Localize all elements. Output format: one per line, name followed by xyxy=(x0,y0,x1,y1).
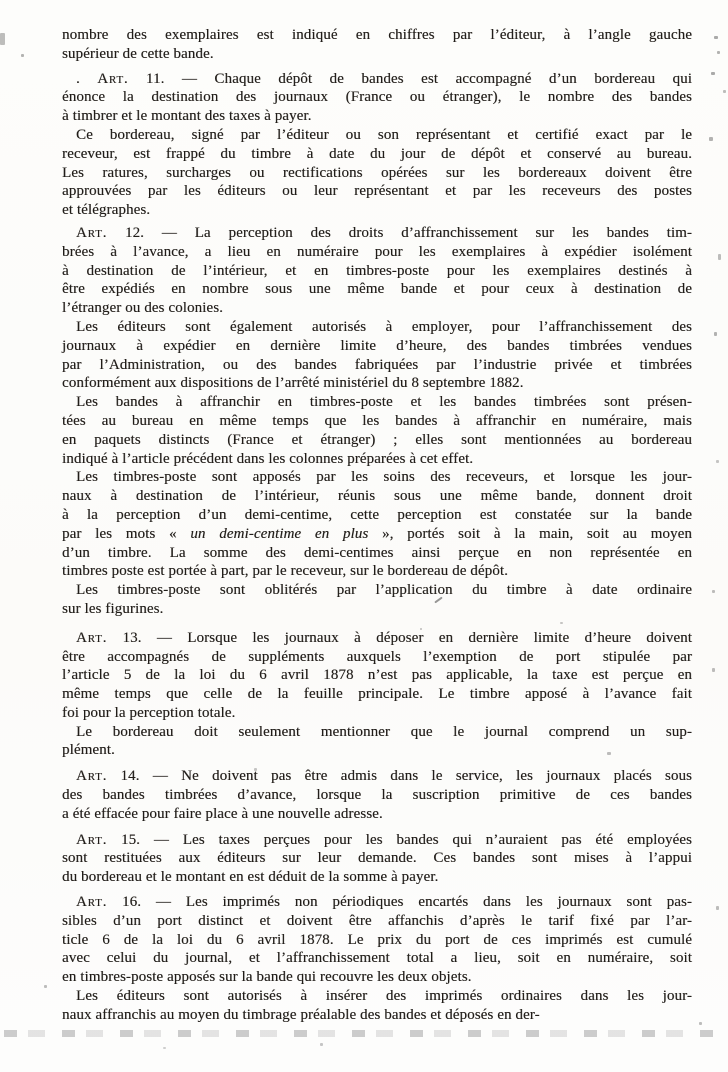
text-line: supérieur de cette bande. xyxy=(62,45,692,64)
article-13: Art. 13. — Lorsque les journaux à dépose… xyxy=(62,629,692,723)
text-line: en timbres-poste apposés sur la bande qu… xyxy=(62,968,692,987)
scan-noise-band xyxy=(4,1030,724,1037)
text-line: Art. 13. — Lorsque les journaux à dépose… xyxy=(62,629,692,648)
article-11-p2: Ce bordereau, signé par l’éditeur ou son… xyxy=(62,126,692,220)
scanned-document-page: nombre des exemplaires est indiqué en ch… xyxy=(0,0,728,1072)
scan-speck xyxy=(44,985,47,988)
text-line: Art. 16. — Les imprimés non périodiques … xyxy=(62,893,692,912)
scan-speck xyxy=(711,72,715,75)
text-line: journaux à expédier en dernière limite d… xyxy=(62,337,692,356)
text-line: . Art. 11. — Chaque dépôt de bandes est … xyxy=(62,70,692,89)
text-line: même temps que celle de la feuille princ… xyxy=(62,685,692,704)
scan-speck xyxy=(714,36,718,39)
article-label: Art. xyxy=(76,832,107,848)
text-line: à timbrer et le montant des taxes à paye… xyxy=(62,107,692,126)
article-14: Art. 14. — Ne doivent pas être admis dan… xyxy=(62,767,692,823)
text-line: naux à destination de l’intérieur, réuni… xyxy=(62,487,692,506)
text-line: Les timbres-poste sont oblitérés par l’a… xyxy=(62,581,692,600)
article-13-p2: Le bordereau doit seulement mentionner q… xyxy=(62,723,692,761)
scan-speck xyxy=(717,51,720,54)
scan-speck xyxy=(21,54,24,57)
text-line: l’étranger ou des colonies. xyxy=(62,299,692,318)
text-line: en paquets distincts (France et étranger… xyxy=(62,431,692,450)
text-line: être expédiés en nombre sous une même ba… xyxy=(62,280,692,299)
text-line: Les timbres-poste sont apposés par les s… xyxy=(62,468,692,487)
scan-speck xyxy=(716,460,719,463)
article-12-p3: Les bandes à affranchir en timbres-poste… xyxy=(62,393,692,468)
text-line: Les bandes à affranchir en timbres-poste… xyxy=(62,393,692,412)
article-label: Art. xyxy=(76,630,107,646)
text-line: timbres poste est portée à part, par le … xyxy=(62,562,692,581)
scan-speck xyxy=(712,590,715,593)
article-label: Art. xyxy=(97,71,128,87)
text-line: receveur, est frappé du timbre à date du… xyxy=(62,145,692,164)
scan-speck xyxy=(0,33,5,45)
text-line: l’article 5 de la loi du 6 avril 1878 n’… xyxy=(62,666,692,685)
scan-speck xyxy=(320,1043,323,1046)
article-11: . Art. 11. — Chaque dépôt de bandes est … xyxy=(62,70,692,126)
text-line: des bandes timbrées d’avance, lorsque la… xyxy=(62,786,692,805)
scan-speck xyxy=(607,752,611,755)
text-line: nombre des exemplaires est indiqué en ch… xyxy=(62,26,692,45)
article-12: Art. 12. — La perception des droits d’af… xyxy=(62,224,692,318)
text-line: Ce bordereau, signé par l’éditeur ou son… xyxy=(62,126,692,145)
text-line: sibles d’un port distinct et doivent êtr… xyxy=(62,912,692,931)
text-line: Art. 15. — Les taxes perçues pour les ba… xyxy=(62,831,692,850)
scan-speck xyxy=(254,768,257,771)
scan-speck xyxy=(718,254,721,260)
italic-phrase: un demi-centime en plus xyxy=(190,526,368,542)
scan-speck xyxy=(714,332,717,336)
article-label: Art. xyxy=(76,225,107,241)
scan-speck xyxy=(709,137,713,141)
text-line: tées au bureau en même temps que les ban… xyxy=(62,412,692,431)
scan-speck xyxy=(560,622,563,624)
text-line: Les éditeurs sont également autorisés à … xyxy=(62,318,692,337)
text-line: du bordereau et le montant en est déduit… xyxy=(62,868,692,887)
text-line: conformément aux dispositions de l’arrêt… xyxy=(62,374,692,393)
scan-speck xyxy=(723,90,726,93)
text-line: Art. 14. — Ne doivent pas être admis dan… xyxy=(62,767,692,786)
text-line: avec celui du journal, et l’affranchisse… xyxy=(62,949,692,968)
scan-speck xyxy=(699,1022,702,1025)
text-line: brées à l’avance, a lieu en numéraire po… xyxy=(62,243,692,262)
text-line: a été effacée pour faire place à une nou… xyxy=(62,805,692,824)
scan-speck xyxy=(716,906,719,910)
text-line: naux affranchis au moyen du timbrage pré… xyxy=(62,1006,692,1025)
text-line: énonce la destination des journaux (Fran… xyxy=(62,88,692,107)
article-15: Art. 15. — Les taxes perçues pour les ba… xyxy=(62,831,692,887)
text-line: Art. 12. — La perception des droits d’af… xyxy=(62,224,692,243)
text-line: foi pour la perception totale. xyxy=(62,704,692,723)
text-line: d’un timbre. La somme des demi-centimes … xyxy=(62,544,692,563)
text-line: à destination de l’intérieur, et en timb… xyxy=(62,262,692,281)
text-line: sur les figurines. xyxy=(62,600,692,619)
text-line: par l’Administration, ou des bandes fabr… xyxy=(62,356,692,375)
text-line: Les ratures, surcharges ou rectification… xyxy=(62,164,692,183)
text-line: sont restituées aux éditeurs sur leur de… xyxy=(62,849,692,868)
scan-speck xyxy=(420,628,422,630)
text-line: plément. xyxy=(62,741,692,760)
article-12-p5: Les timbres-poste sont oblitérés par l’a… xyxy=(62,581,692,619)
scan-speck xyxy=(163,1047,166,1049)
text-line: Les éditeurs sont autorisés à insérer de… xyxy=(62,987,692,1006)
text-line: et télégraphes. xyxy=(62,201,692,220)
article-12-p4: Les timbres-poste sont apposés par les s… xyxy=(62,468,692,581)
scan-speck xyxy=(712,668,715,672)
text-line: indiqué à l’article précédent dans les c… xyxy=(62,450,692,469)
article-16: Art. 16. — Les imprimés non périodiques … xyxy=(62,893,692,987)
text-line: Le bordereau doit seulement mentionner q… xyxy=(62,723,692,742)
text-line: à la perception d’un demi-centime, cette… xyxy=(62,506,692,525)
intro-continuation: nombre des exemplaires est indiqué en ch… xyxy=(62,26,692,64)
article-label: Art. xyxy=(76,894,107,910)
article-label: Art. xyxy=(76,768,107,784)
article-12-p2: Les éditeurs sont également autorisés à … xyxy=(62,318,692,393)
article-16-p2: Les éditeurs sont autorisés à insérer de… xyxy=(62,987,692,1025)
text-line: être accompagnés de suppléments auxquels… xyxy=(62,648,692,667)
text-line: par les mots « un demi-centime en plus »… xyxy=(62,525,692,544)
text-line: approuvées par les éditeurs ou leur repr… xyxy=(62,182,692,201)
text-line: ticle 6 de la loi du 6 avril 1878. Le pr… xyxy=(62,931,692,950)
text-block: nombre des exemplaires est indiqué en ch… xyxy=(62,26,692,1025)
